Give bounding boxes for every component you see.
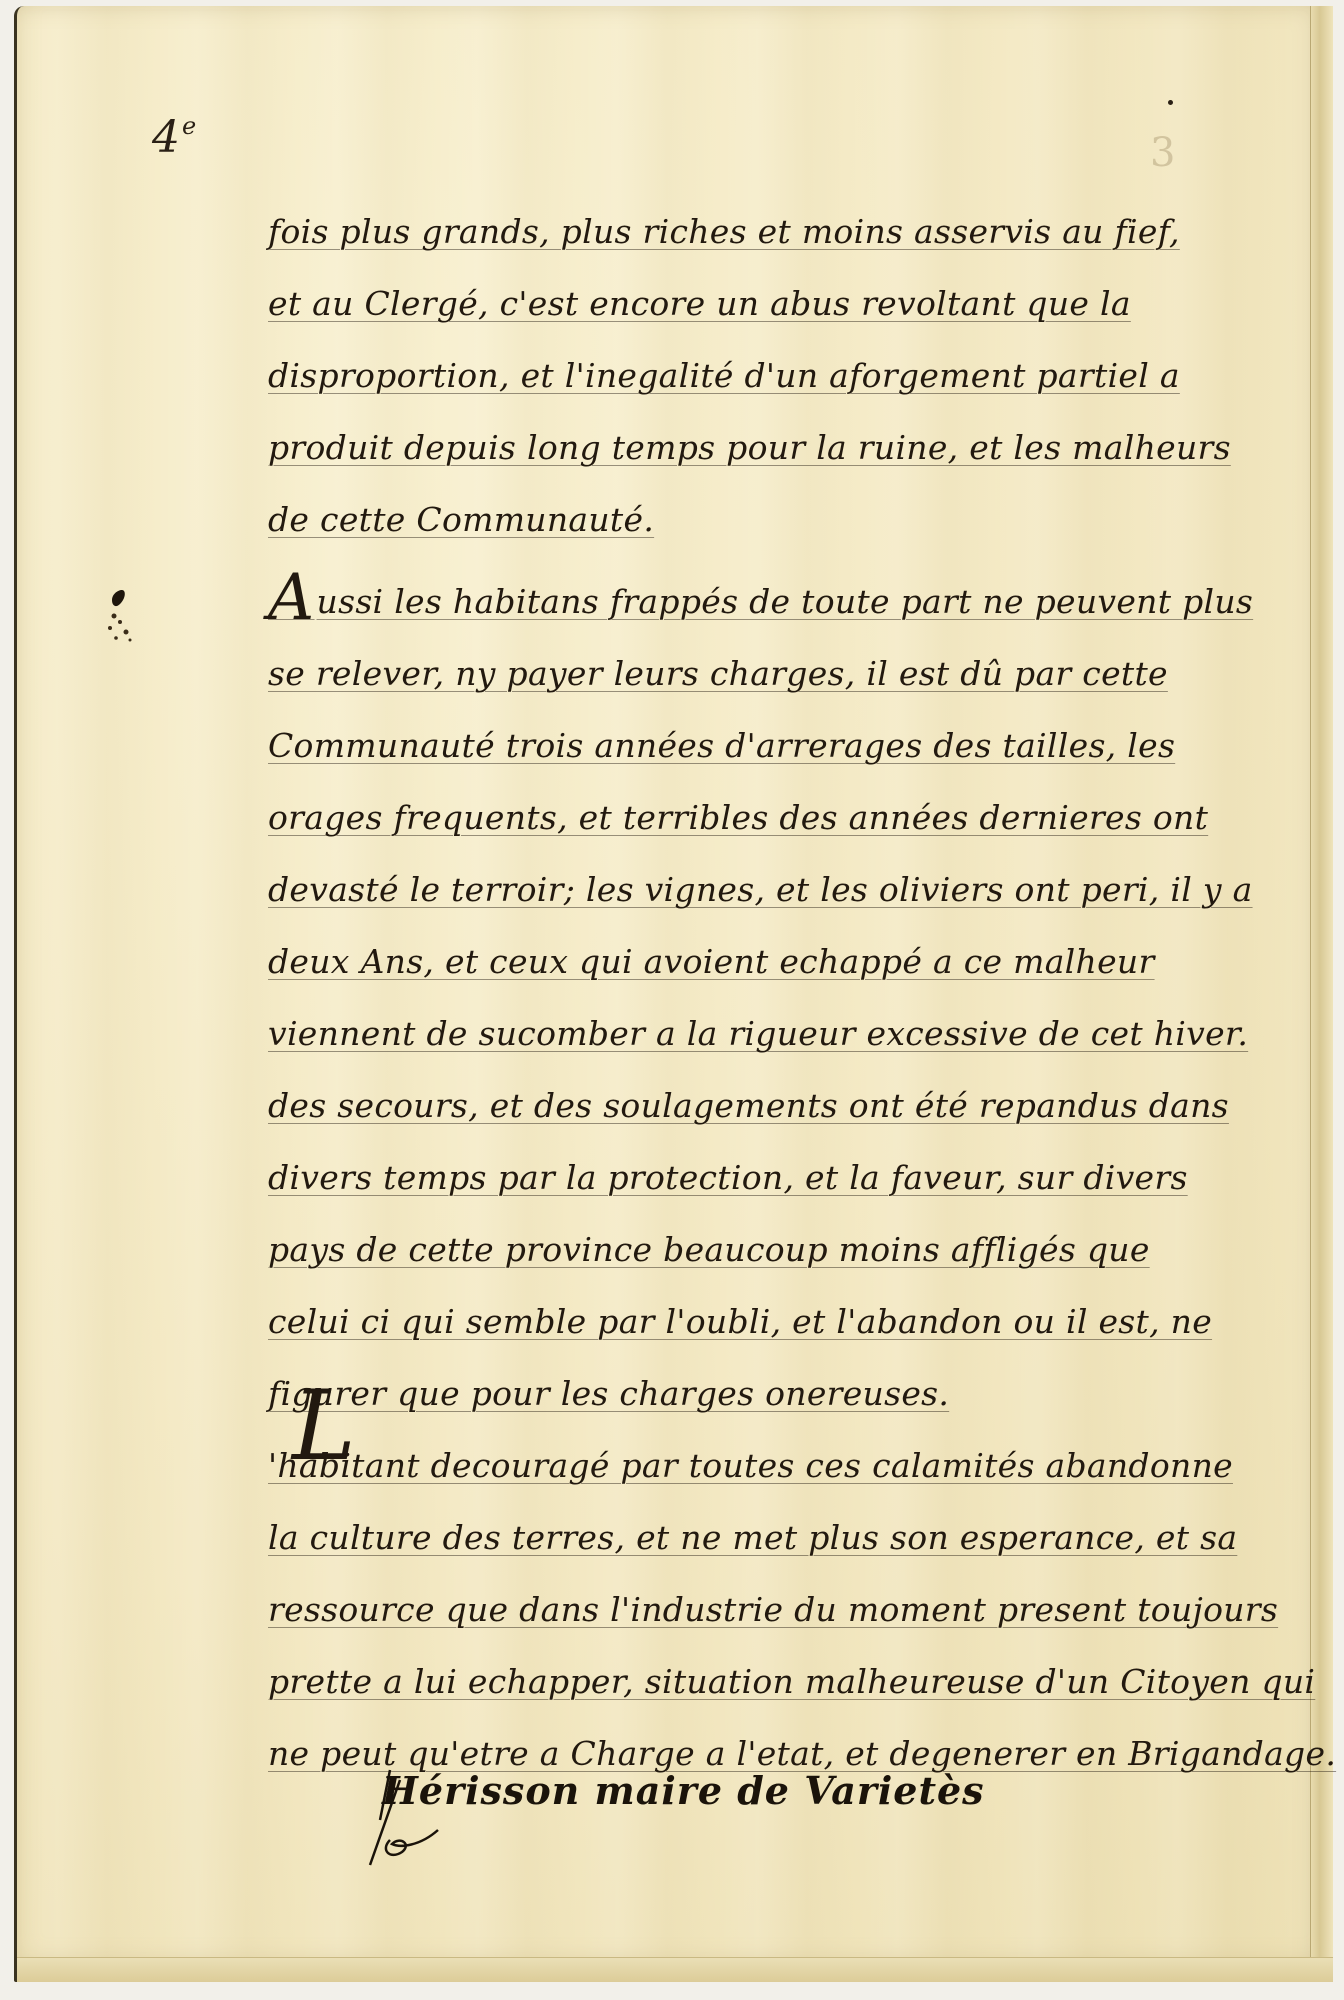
bleedthrough-mark: 3 xyxy=(1150,130,1175,176)
text-line: prette a lui echapper, situation malheur… xyxy=(268,1646,1308,1718)
text-line: des secours, et des soulagements ont été… xyxy=(268,1070,1308,1142)
page-number: 4e xyxy=(152,112,196,163)
text-line: de cette Communauté. xyxy=(268,484,1308,556)
ink-blot-icon xyxy=(104,588,136,646)
signature: Hérisson maire de Varietès xyxy=(382,1768,985,1813)
text-line: ressource que dans l'industrie du moment… xyxy=(268,1574,1308,1646)
page-number-value: 4 xyxy=(152,112,180,163)
text-line: celui ci qui semble par l'oubli, et l'ab… xyxy=(268,1286,1308,1358)
text-line: Communauté trois années d'arrerages des … xyxy=(268,710,1308,782)
paragraph-1: fois plus grands, plus riches et moins a… xyxy=(268,196,1308,556)
text-line: fois plus grands, plus riches et moins a… xyxy=(268,196,1308,268)
text-line: deux Ans, et ceux qui avoient echappé a … xyxy=(268,926,1308,998)
text-line: disproportion, et l'inegalité d'un aforg… xyxy=(268,340,1308,412)
ink-dot xyxy=(1168,100,1173,105)
text-line: pays de cette province beaucoup moins af… xyxy=(268,1214,1308,1286)
text-line: la culture des terres, et ne met plus so… xyxy=(268,1502,1308,1574)
text-line: 'habitant decouragé par toutes ces calam… xyxy=(268,1430,1308,1502)
text-line: produit depuis long temps pour la ruine,… xyxy=(268,412,1308,484)
text-line-rest: ussi les habitans frappés de toute part … xyxy=(317,582,1254,621)
text-line: viennent de sucomber a la rigueur excess… xyxy=(268,998,1308,1070)
text-line: devasté le terroir; les vignes, et les o… xyxy=(268,854,1308,926)
text-line: se relever, ny payer leurs charges, il e… xyxy=(268,638,1308,710)
text-line: figurer que pour les charges onereuses. xyxy=(268,1358,1308,1430)
bottom-torn-edge xyxy=(17,1957,1333,1982)
page-number-suffix: e xyxy=(182,112,196,140)
paragraph-2: Aussi les habitans frappés de toute part… xyxy=(268,566,1308,1430)
document-scan: 4e 3 fois plus grands, plus riches et mo… xyxy=(0,0,1344,2000)
text-line: divers temps par la protection, et la fa… xyxy=(268,1142,1308,1214)
drop-cap: A xyxy=(268,561,315,635)
text-line-first: Aussi les habitans frappés de toute part… xyxy=(268,566,1308,638)
text-line: orages frequents, et terribles des année… xyxy=(268,782,1308,854)
paragraph-3: 'habitant decouragé par toutes ces calam… xyxy=(268,1430,1308,1790)
text-line: et au Clergé, c'est encore un abus revol… xyxy=(268,268,1308,340)
